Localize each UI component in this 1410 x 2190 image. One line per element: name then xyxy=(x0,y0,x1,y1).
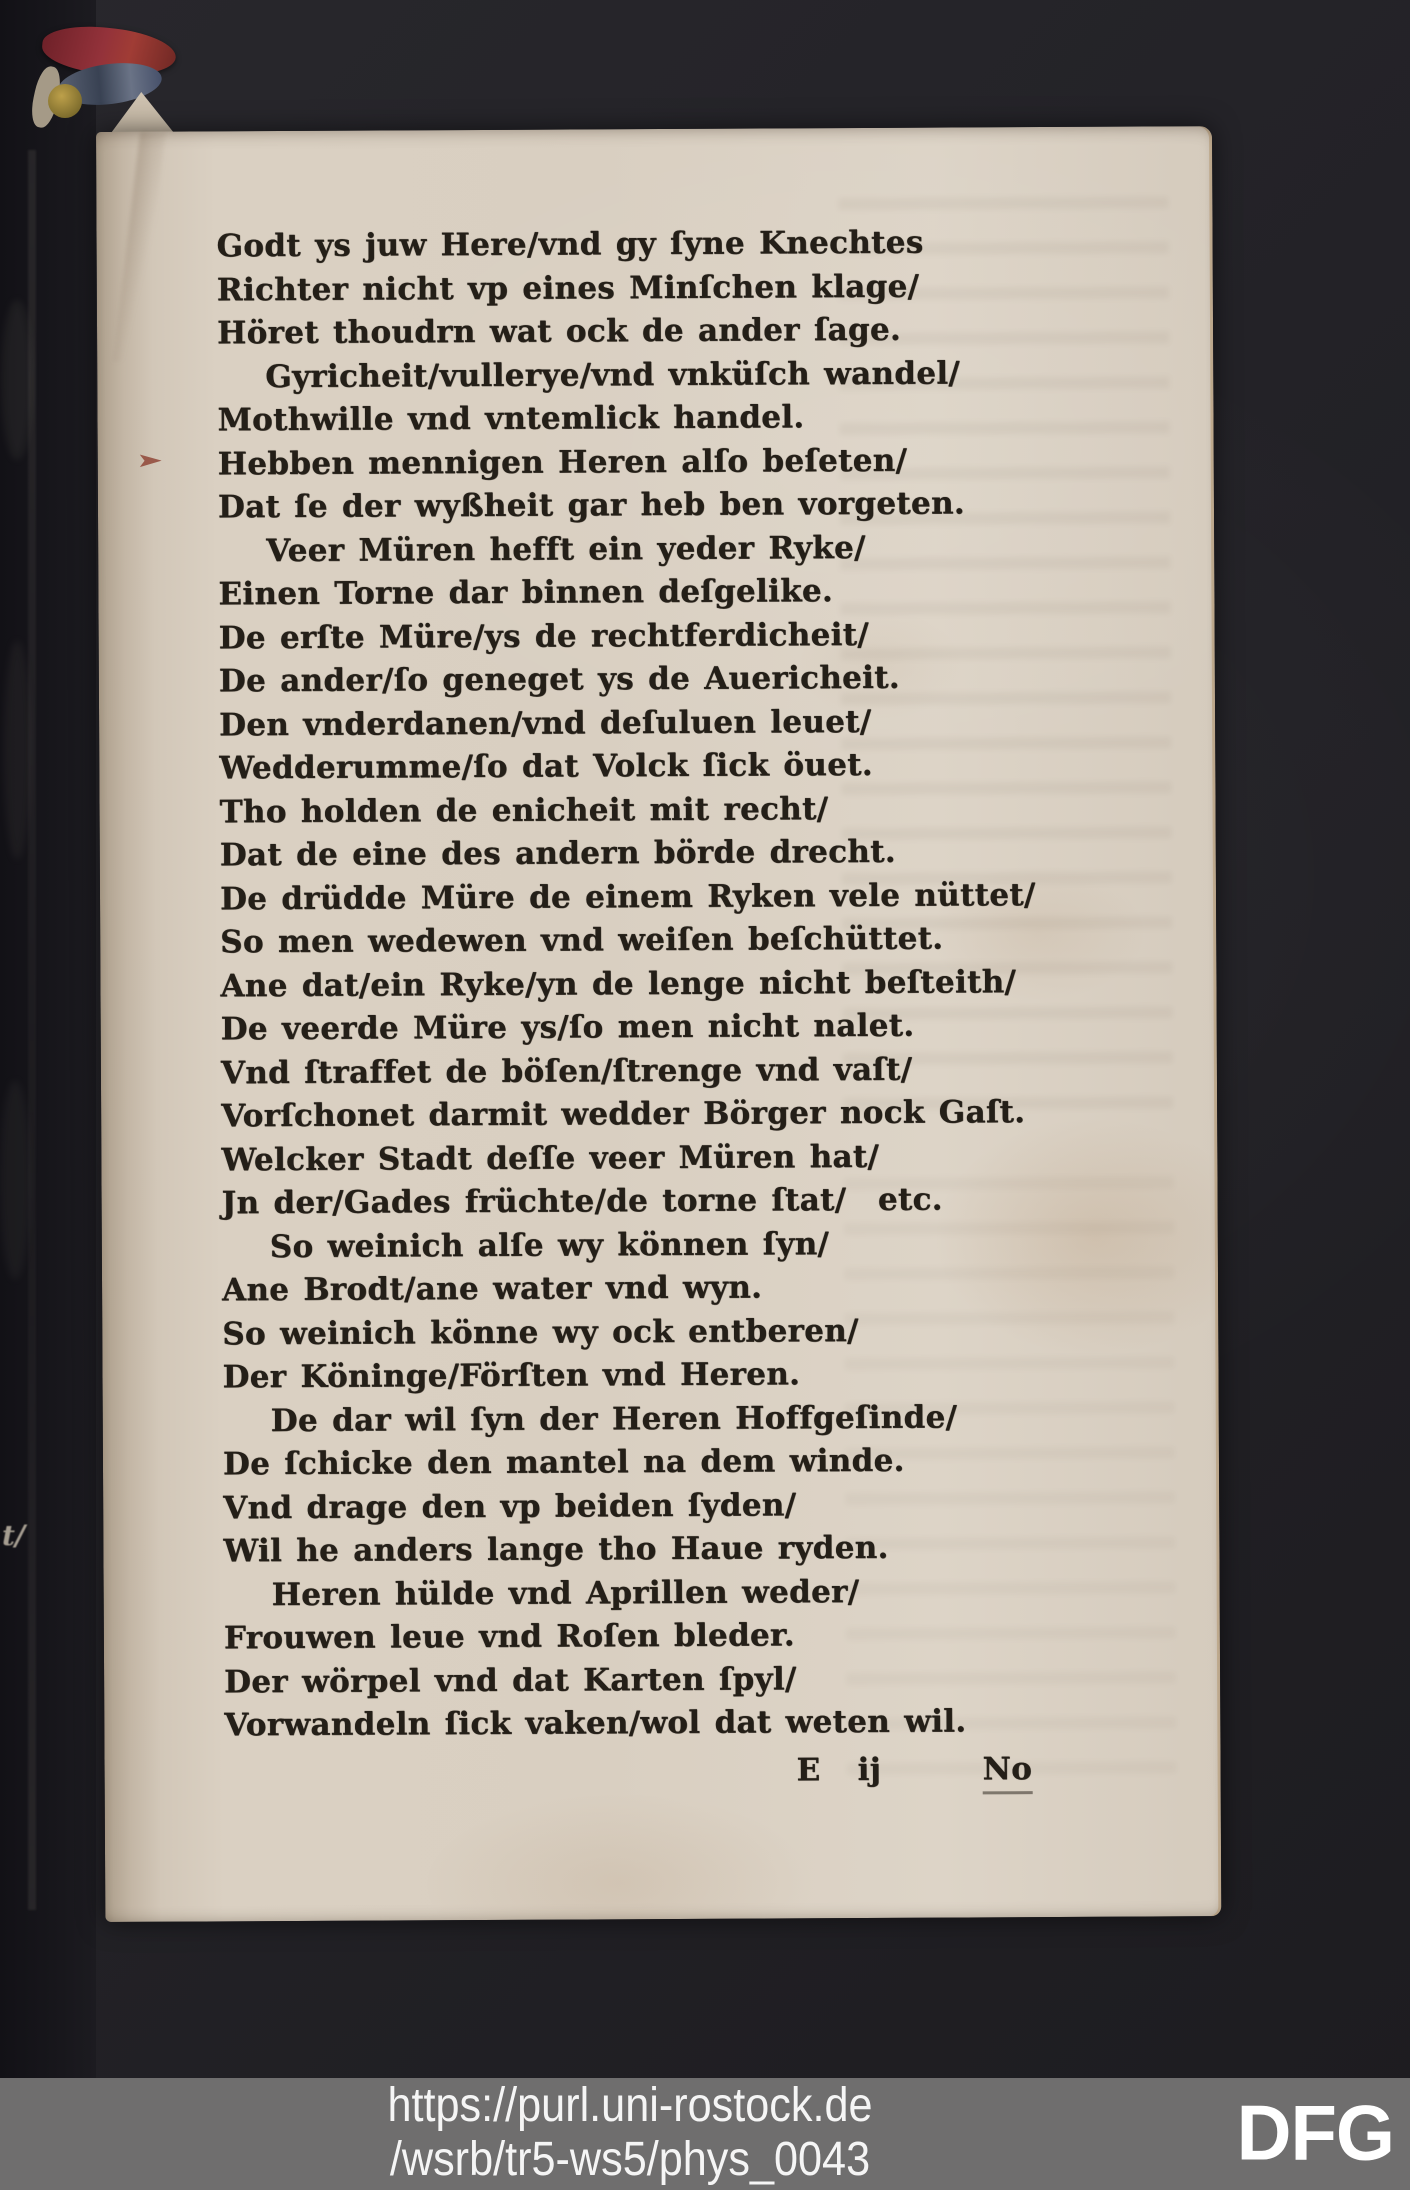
spine-smudge xyxy=(2,300,32,460)
text-line: Vorwandeln ſick vaken/wol dat weten wil. xyxy=(224,1699,1174,1747)
text-line: Frouwen leue vnd Roſen bleder. xyxy=(224,1612,1174,1660)
persistent-url: https://purl.uni-rostock.de /wsrb/tr5-ws… xyxy=(360,2079,900,2187)
text-line: Dat ſe der wyßheit gar heb ben vorgeten. xyxy=(218,481,1168,529)
text-line: Der wörpel vnd dat Karten ſpyl/ xyxy=(224,1656,1174,1704)
text-line: De veerde Müre ys/ſo men nicht nalet. xyxy=(221,1003,1171,1051)
text-line: Welcker Stadt deſſe veer Müren hat/ xyxy=(221,1134,1171,1182)
text-line: De ſchicke den mantel na dem winde. xyxy=(223,1438,1173,1486)
book-page: Godt ys juw Here/vnd gy ſyne KnechtesRic… xyxy=(96,126,1221,1922)
text-line: De erſte Müre/ys de rechtferdicheit/ xyxy=(219,612,1169,660)
poem-lines: Godt ys juw Here/vnd gy ſyne KnechtesRic… xyxy=(216,220,1174,1747)
text-line: Wedderumme/ſo dat Volck ſick öuet. xyxy=(219,742,1169,790)
book-spine-area: t/ xyxy=(0,0,96,2078)
text-line: So men wedewen vnd weiſen beſchüttet. xyxy=(220,916,1170,964)
poem-text-block: Godt ys juw Here/vnd gy ſyne KnechtesRic… xyxy=(216,220,1174,1799)
red-margin-mark xyxy=(140,452,162,470)
spine-smudge xyxy=(4,640,30,860)
signature-row: E ij No xyxy=(224,1747,1174,1800)
text-line: Höret thoudrn wat ock de ander ſage. xyxy=(217,307,1167,355)
url-line-2: /wsrb/tr5-ws5/phys_0043 xyxy=(360,2133,900,2187)
text-line: So weinich könne wy ock entberen/ xyxy=(222,1308,1172,1356)
marginal-ghost-text: t/ xyxy=(2,1522,25,1550)
text-line: So weinich alſe wy können ſyn/ xyxy=(222,1221,1172,1269)
text-line: Godt ys juw Here/vnd gy ſyne Knechtes xyxy=(216,220,1166,268)
text-line: Hebben mennigen Heren alſo beſeten/ xyxy=(218,438,1168,486)
page-crease xyxy=(113,132,166,362)
text-line: Richter nicht vp eines Minſchen klage/ xyxy=(217,264,1167,312)
text-line: Vnd drage den vp beiden ſyden/ xyxy=(223,1482,1173,1530)
text-line: Vorſchonet darmit wedder Börger nock Gaſ… xyxy=(221,1090,1171,1138)
text-line: Der Köninge/Förſten vnd Heren. xyxy=(222,1351,1172,1399)
text-line: Einen Torne dar binnen deſgelike. xyxy=(218,568,1168,616)
text-line: Ane Brodt/ane water vnd wyn. xyxy=(222,1264,1172,1312)
dfg-logo: DFG xyxy=(1237,2083,1394,2185)
text-line: Tho holden de enicheit mit recht/ xyxy=(219,786,1169,834)
text-line: Vnd ſtraffet de böſen/ſtrenge vnd vaſt/ xyxy=(221,1047,1171,1095)
catchword: No xyxy=(982,1748,1032,1795)
text-line: Jn der/Gades früchte/de torne ſtat/ etc. xyxy=(222,1177,1172,1225)
text-line: Gyricheit/vullerye/vnd vnküſch wandel/ xyxy=(217,351,1167,399)
url-line-1: https://purl.uni-rostock.de xyxy=(360,2079,900,2133)
text-line: Dat de eine des andern börde drecht. xyxy=(220,829,1170,877)
text-line: Heren hülde vnd Aprillen weder/ xyxy=(224,1569,1174,1617)
text-line: Veer Müren hefft ein yeder Ryke/ xyxy=(218,525,1168,573)
text-line: De drüdde Müre de einem Ryken vele nütte… xyxy=(220,873,1170,921)
text-line: De ander/ſo geneget ys de Auericheit. xyxy=(219,655,1169,703)
gathering-signature: E ij xyxy=(796,1748,881,1792)
footer-bar: https://purl.uni-rostock.de /wsrb/tr5-ws… xyxy=(0,2078,1410,2190)
text-line: De dar wil ſyn der Heren Hoffgeſinde/ xyxy=(223,1395,1173,1443)
text-line: Den vnderdanen/vnd deſuluen leuet/ xyxy=(219,699,1169,747)
scan-background: t/ Godt ys juw Here/vnd gy ſyne Knechtes… xyxy=(0,0,1410,2190)
headband-thread-gold xyxy=(48,84,82,118)
book-headband xyxy=(34,20,190,140)
text-line: Mothwille vnd vntemlick handel. xyxy=(217,394,1167,442)
text-line: Wil he anders lange tho Haue ryden. xyxy=(223,1525,1173,1573)
text-line: Ane dat/ein Ryke/yn de lenge nicht beſte… xyxy=(220,960,1170,1008)
spine-smudge xyxy=(0,1080,30,1280)
